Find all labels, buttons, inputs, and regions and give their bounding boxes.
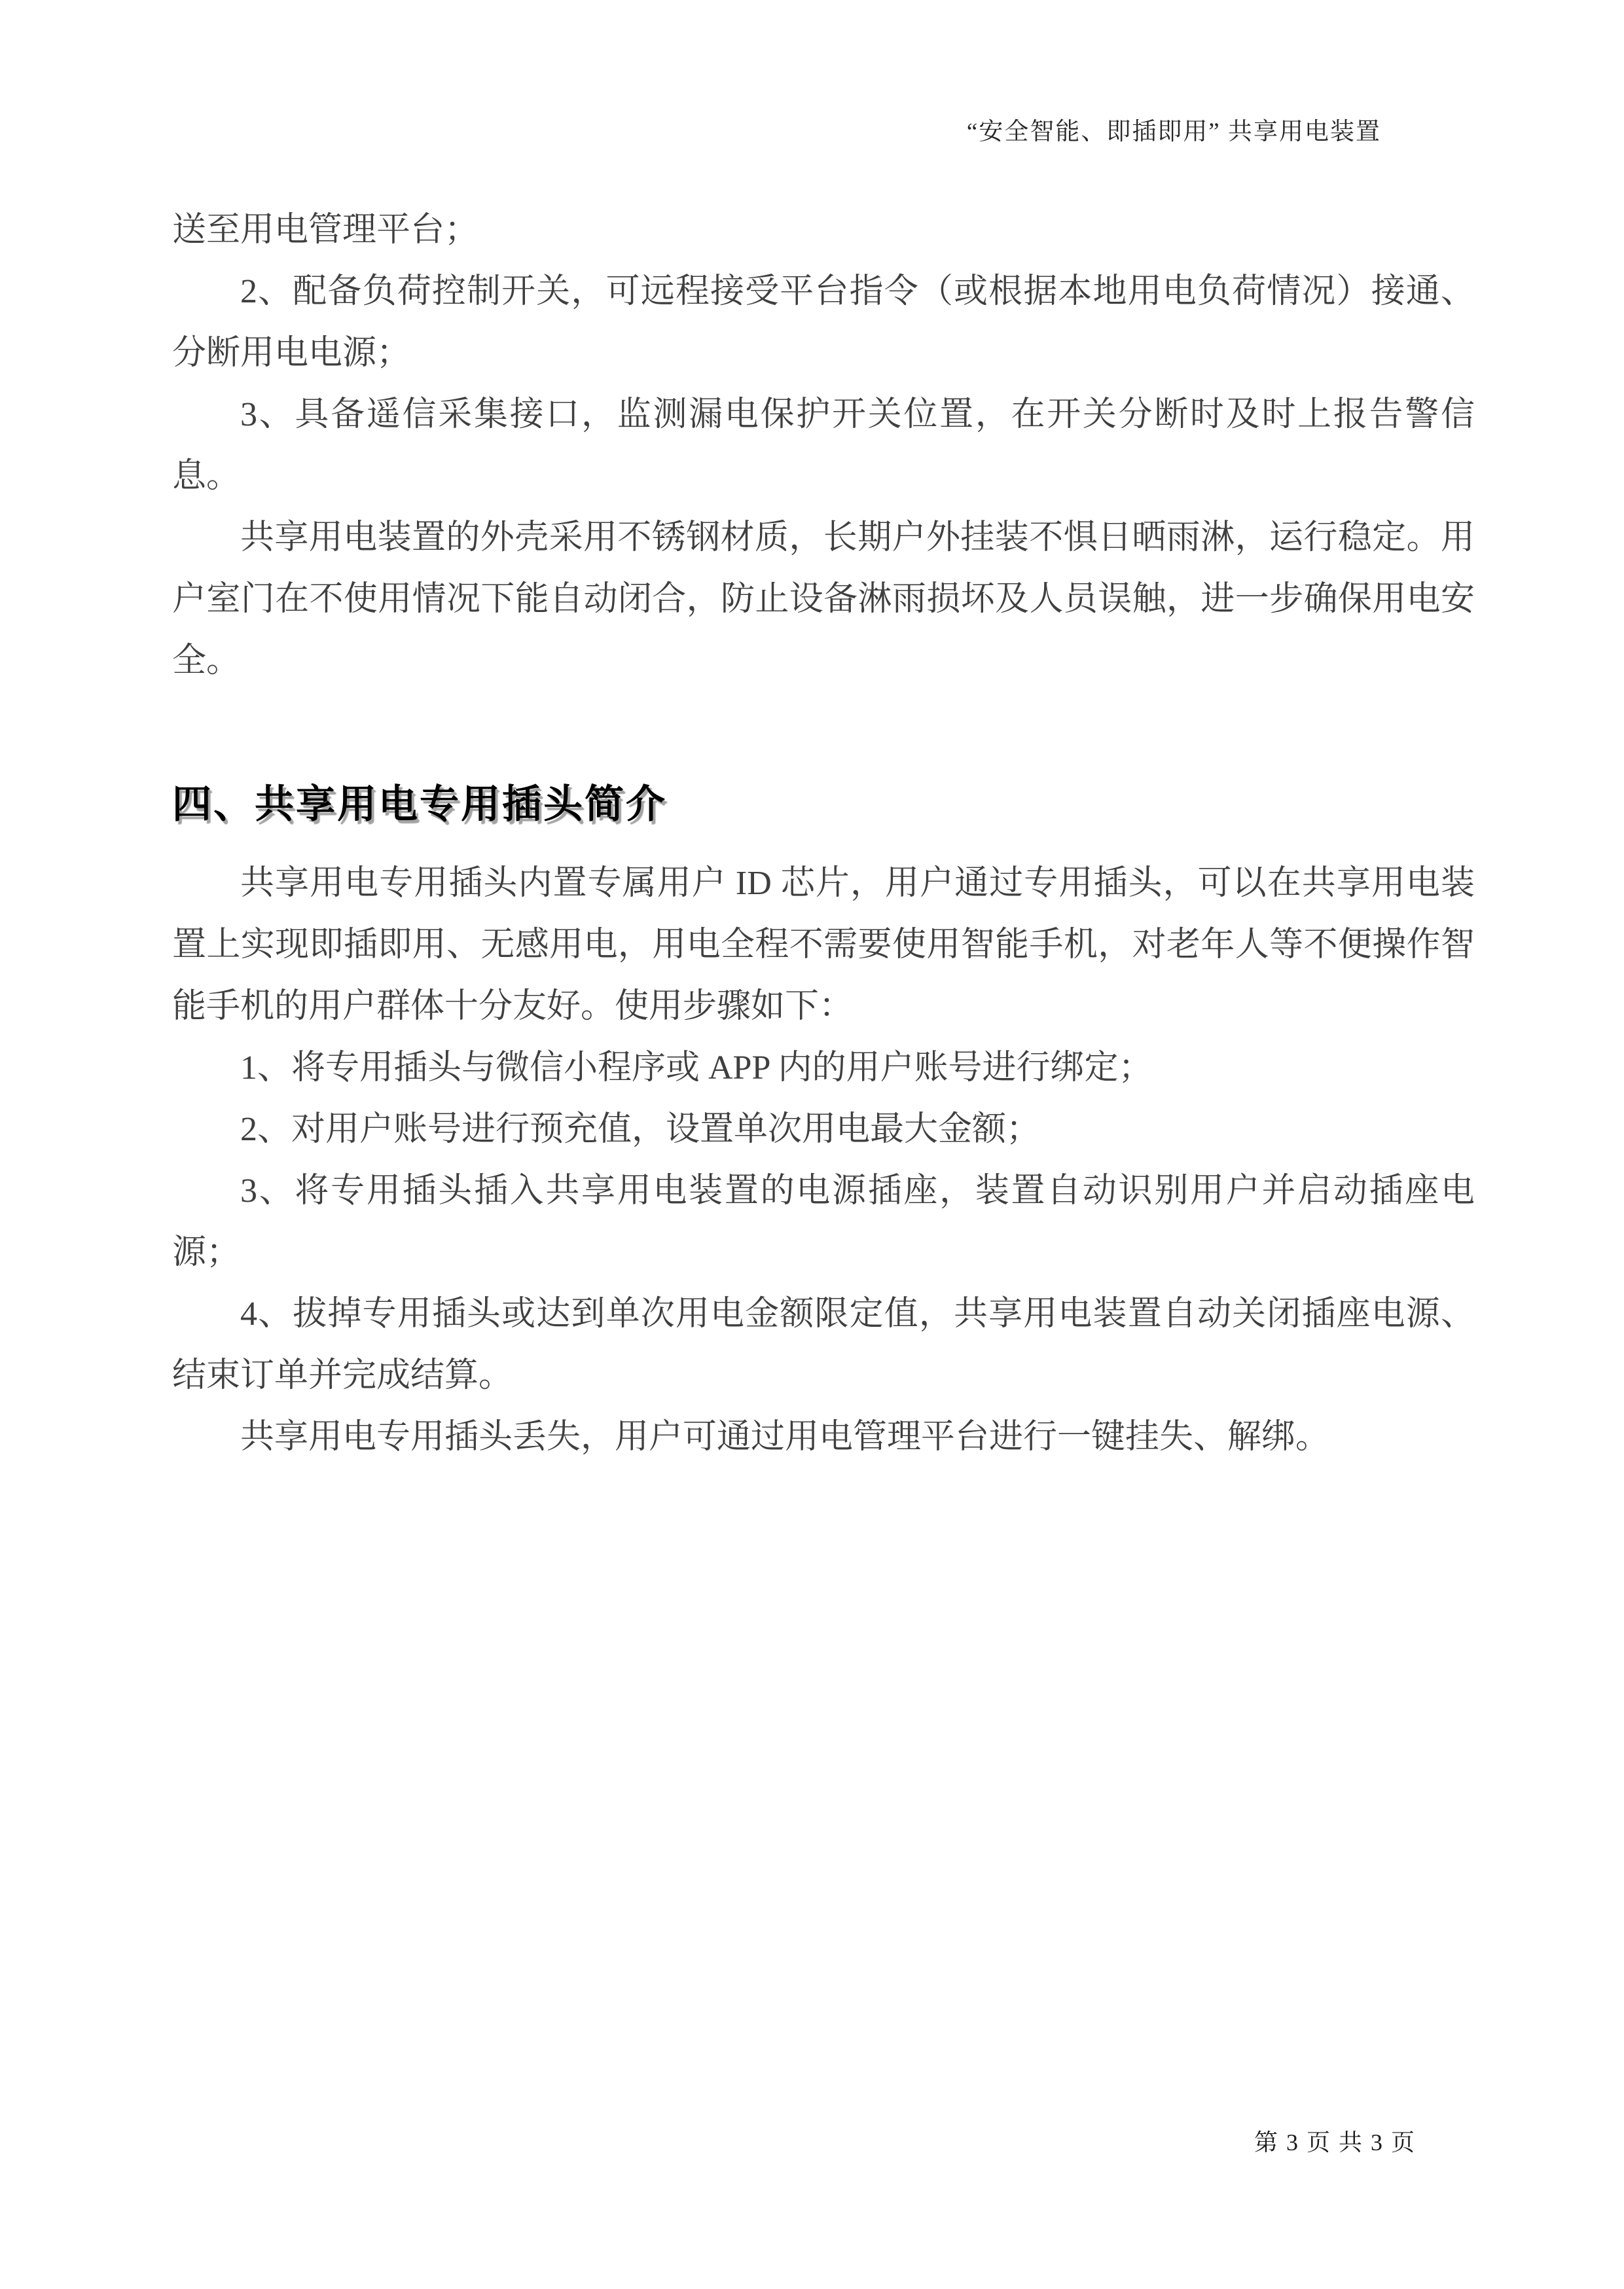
section-paragraphs: 共享用电专用插头内置专属用户 ID 芯片，用户通过专用插头，可以在共享用电装置上… <box>172 853 1475 1468</box>
page-header: “安全智能、即插即用” 共享用电装置 <box>0 118 1381 147</box>
page-number-label: 第 3 页 共 3 页 <box>1254 2129 1416 2155</box>
paragraph: 共享用电专用插头丢失，用户可通过用电管理平台进行一键挂失、解绑。 <box>172 1407 1475 1468</box>
document-content: 送至用电管理平台；2、配备负荷控制开关，可远程接受平台指令（或根据本地用电负荷情… <box>172 200 1475 1468</box>
paragraph: 1、将专用插头与微信小程序或 APP 内的用户账号进行绑定； <box>172 1037 1475 1099</box>
paragraph: 2、配备负荷控制开关，可远程接受平台指令（或根据本地用电负荷情况）接通、分断用电… <box>172 261 1475 384</box>
section-heading: 四、共享用电专用插头简介 <box>172 784 1475 825</box>
paragraph: 3、将专用插头插入共享用电装置的电源插座，装置自动识别用户并启动插座电源； <box>172 1161 1475 1284</box>
paragraph: 共享用电装置的外壳采用不锈钢材质，长期户外挂装不惧日晒雨淋，运行稳定。用户室门在… <box>172 507 1475 692</box>
leading-paragraphs: 送至用电管理平台；2、配备负荷控制开关，可远程接受平台指令（或根据本地用电负荷情… <box>172 200 1475 692</box>
page-footer: 第 3 页 共 3 页 <box>1254 2129 1416 2156</box>
paragraph: 共享用电专用插头内置专属用户 ID 芯片，用户通过专用插头，可以在共享用电装置上… <box>172 853 1475 1037</box>
paragraph: 2、对用户账号进行预充值，设置单次用电最大金额； <box>172 1099 1475 1161</box>
paragraph: 3、具备遥信采集接口，监测漏电保护开关位置，在开关分断时及时上报告警信息。 <box>172 384 1475 507</box>
paragraph: 送至用电管理平台； <box>172 200 1475 261</box>
document-page: “安全智能、即插即用” 共享用电装置 送至用电管理平台；2、配备负荷控制开关，可… <box>0 0 1624 2289</box>
paragraph: 4、拔掉专用插头或达到单次用电金额限定值，共享用电装置自动关闭插座电源、结束订单… <box>172 1284 1475 1407</box>
header-title: “安全智能、即插即用” 共享用电装置 <box>967 118 1381 145</box>
